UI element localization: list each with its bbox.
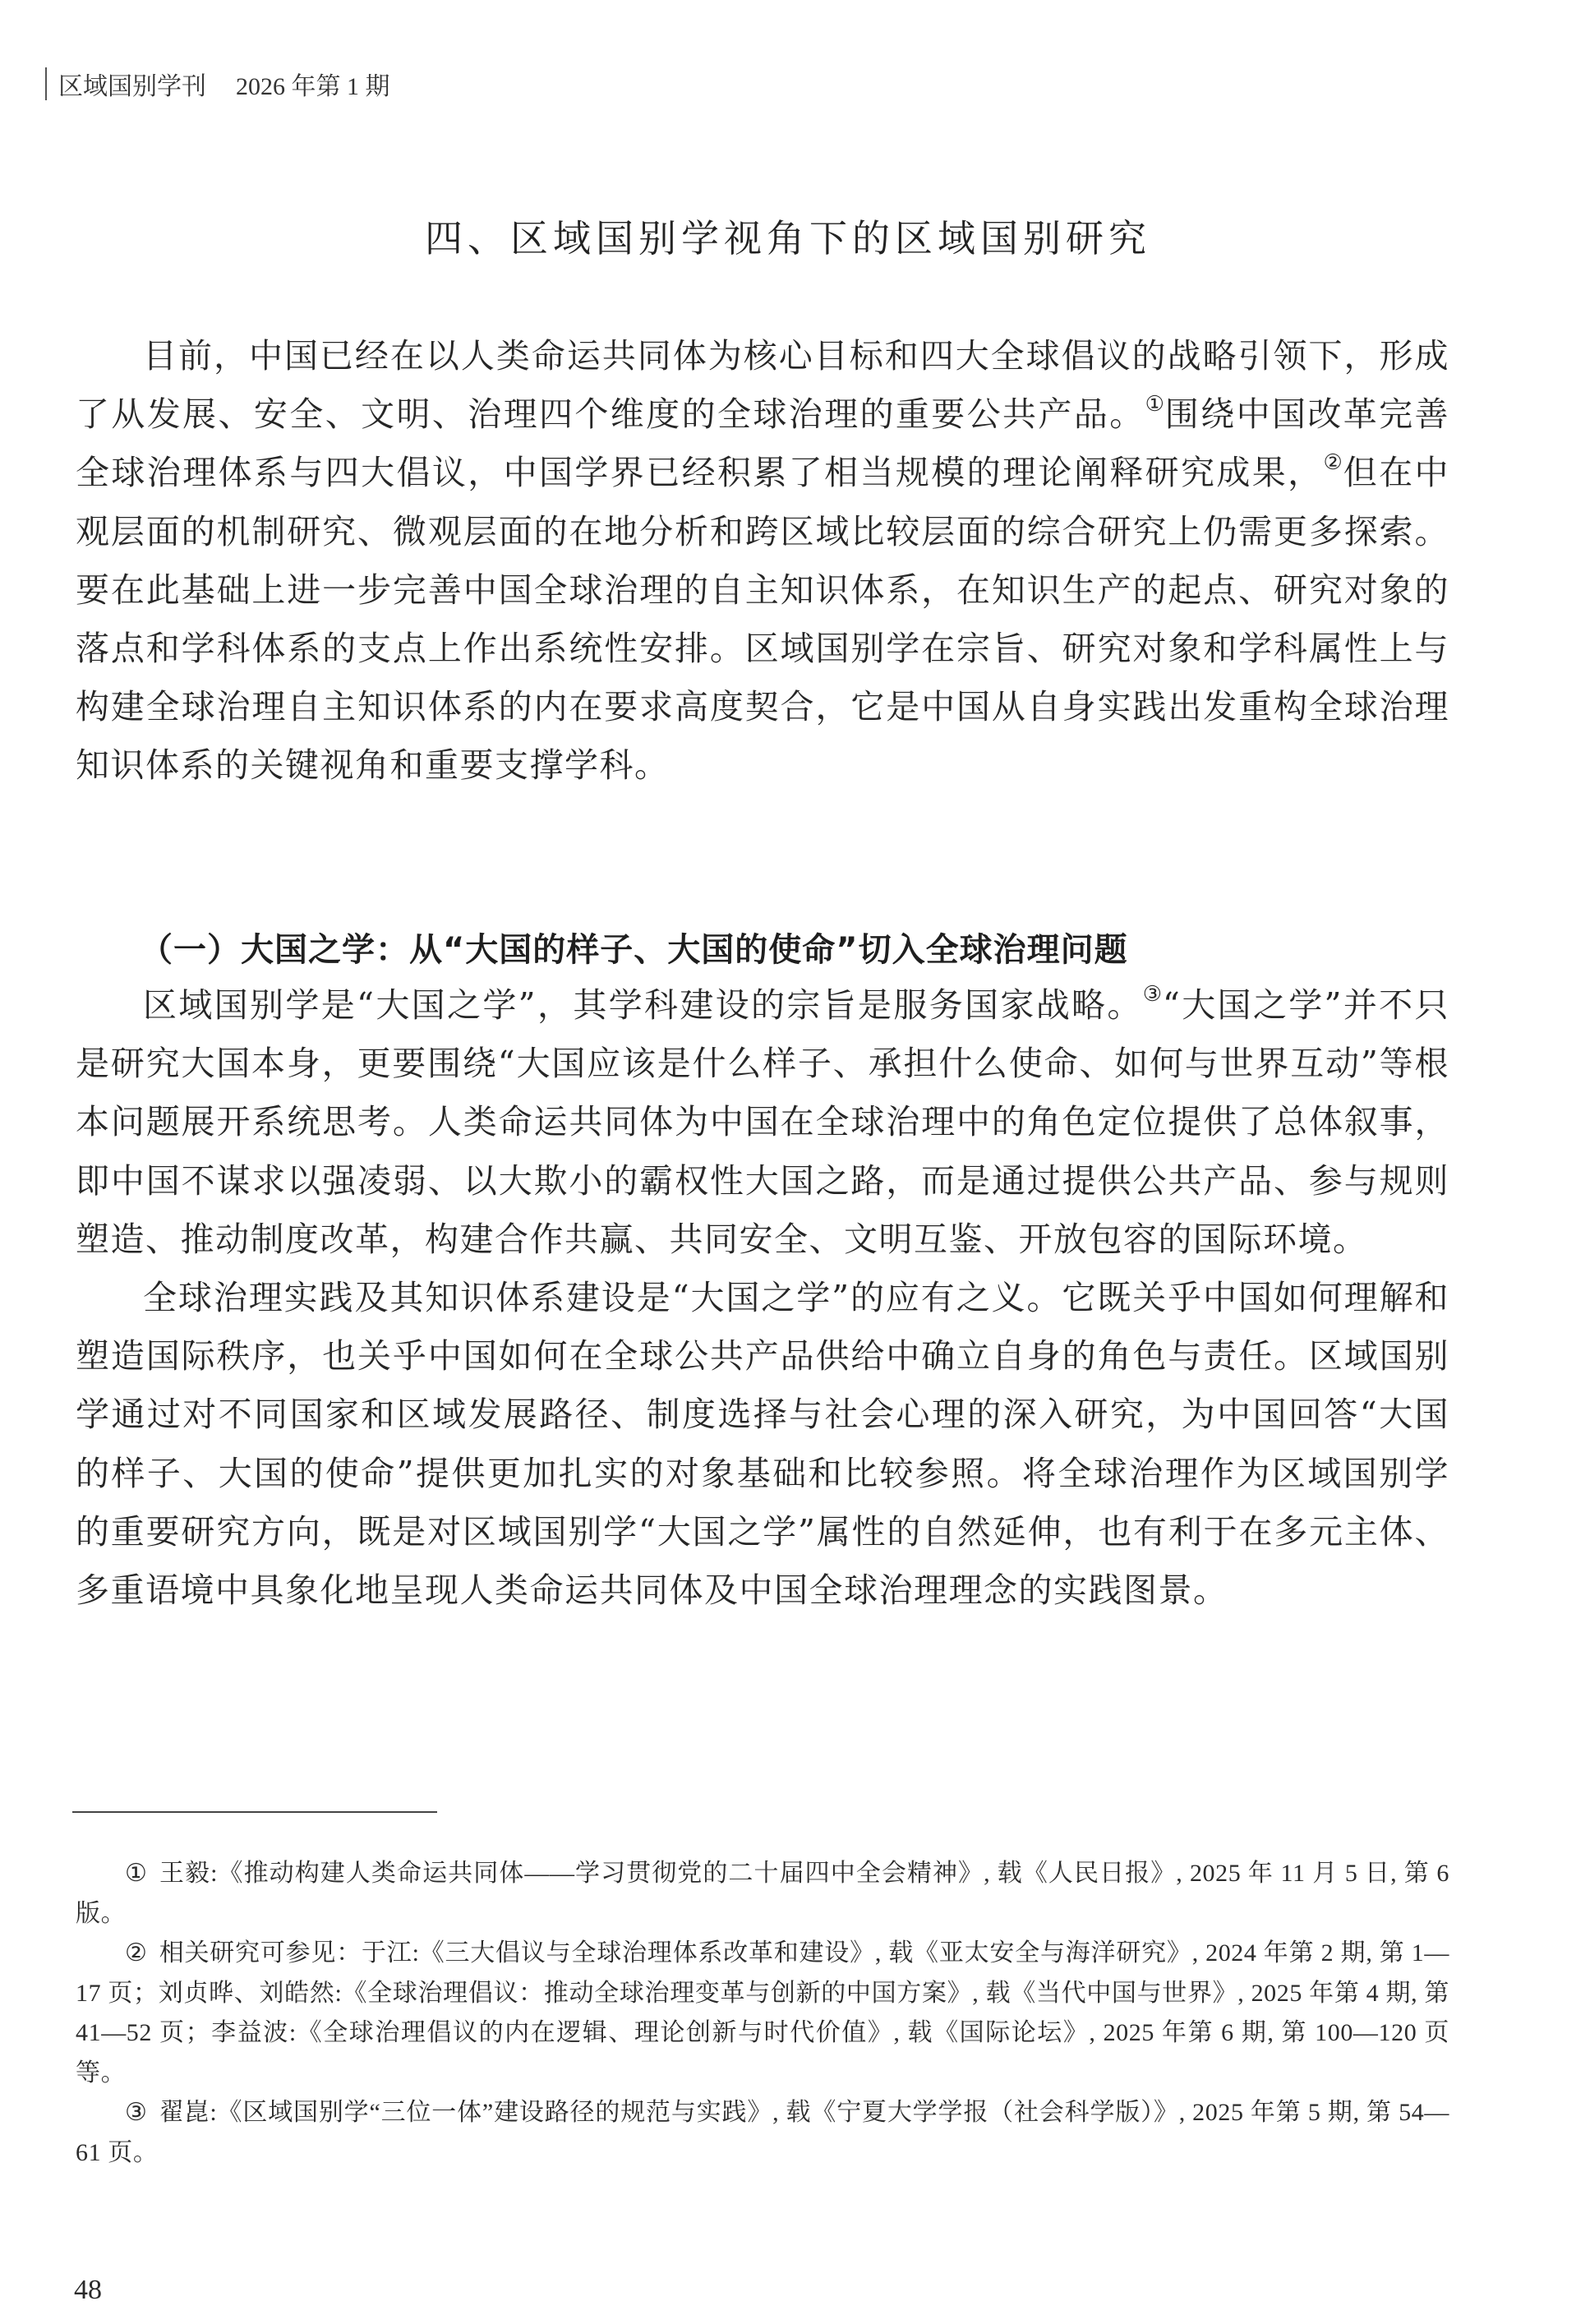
journal-issue: 2026 年第 1 期 <box>236 66 390 102</box>
footnote-mark-1: ① <box>125 1860 148 1887</box>
paragraph-intro: 目前，中国已经在以人类命运共同体为核心目标和四大全球倡议的战略引领下，形成了从发… <box>76 327 1449 795</box>
running-header: 区域国别学刊 2026 年第 1 期 <box>45 64 390 104</box>
footnote-ref-1[interactable]: ① <box>1145 392 1165 417</box>
footnote-ref-3[interactable]: ③ <box>1143 982 1163 1007</box>
footnote-mark-2: ② <box>125 1939 148 1967</box>
footnote-2: ②相关研究可参见：于江:《三大倡议与全球治理体系改革和建设》, 载《亚太安全与海… <box>76 1934 1449 2093</box>
footnote-divider <box>72 1811 437 1813</box>
journal-name: 区域国别学刊 <box>58 66 206 102</box>
footnote-3: ③翟崑:《区域国别学“三位一体”建设路径的规范与实践》, 载《宁夏大学学报（社会… <box>76 2093 1449 2173</box>
footnote-mark-3: ③ <box>125 2099 148 2126</box>
footnote-1: ①王毅:《推动构建人类命运共同体——学习贯彻党的二十届四中全会精神》, 载《人民… <box>76 1854 1449 1934</box>
footnote-ref-2[interactable]: ② <box>1324 450 1343 475</box>
subsection-heading: （一）大国之学：从“大国的样子、大国的使命”切入全球治理问题 <box>140 924 1454 976</box>
header-divider-bar <box>45 67 47 100</box>
section-title: 四、区域国别学视角下的区域国别研究 <box>0 212 1576 265</box>
paragraph-global-governance: 全球治理实践及其知识体系建设是“大国之学”的应有之义。它既关乎中国如何理解和塑造… <box>76 1269 1449 1620</box>
page-number: 48 <box>74 2275 102 2306</box>
body-block-intro: 目前，中国已经在以人类命运共同体为核心目标和四大全球倡议的战略引领下，形成了从发… <box>76 327 1449 795</box>
paragraph-great-power-study: 区域国别学是“大国之学”，其学科建设的宗旨是服务国家战略。③“大国之学”并不只是… <box>76 976 1449 1269</box>
footnotes: ①王毅:《推动构建人类命运共同体——学习贯彻党的二十届四中全会精神》, 载《人民… <box>76 1854 1449 2173</box>
body-block-subsection: 区域国别学是“大国之学”，其学科建设的宗旨是服务国家战略。③“大国之学”并不只是… <box>76 976 1449 1620</box>
